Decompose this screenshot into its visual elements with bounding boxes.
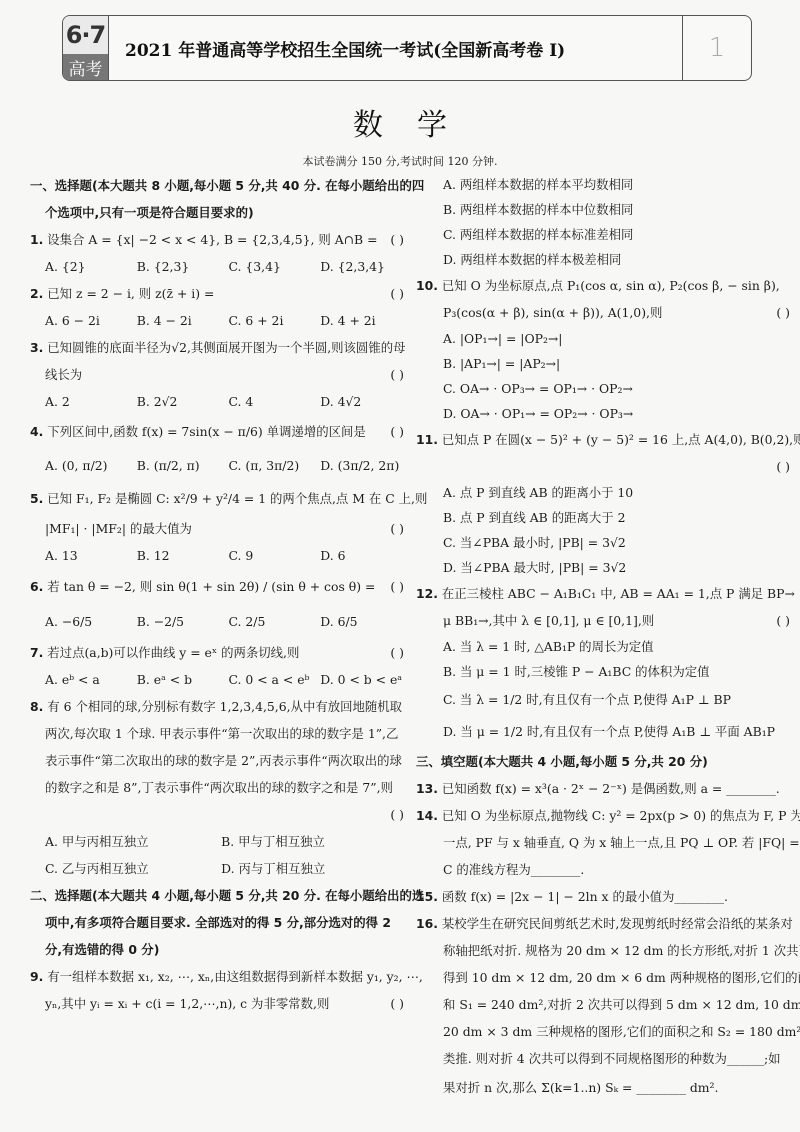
options: A. {2} B. {2,3} C. {3,4} D. {2,3,4} (30, 253, 412, 280)
question-text: yₙ,其中 yᵢ = xᵢ + c(i = 1,2,⋯,n), c 为非零常数,… (45, 996, 329, 1011)
answer-paren: ( ) (390, 226, 404, 253)
option-c: C. 当∠PBA 最小时, |PB| = 3√2 (428, 530, 798, 555)
options: A. 13 B. 12 C. 9 D. 6 (30, 542, 412, 569)
option-d: D. 6/5 (320, 605, 412, 639)
options: A. 2 B. 2√2 C. 4 D. 4√2 (30, 388, 412, 415)
option-d: D. 0 < b < eᵃ (320, 666, 412, 693)
question-text: 设集合 A = {x| −2 < x < 4}, B = {2,3,4,5}, … (47, 232, 377, 247)
option-d: D. {2,3,4} (320, 253, 412, 280)
exam-title: 2021 年普通高等学校招生全国统一考试(全国新高考卷 I) (109, 16, 683, 80)
question-6: 6. 若 tan θ = −2, 则 sin θ(1 + sin 2θ) / (… (30, 569, 412, 639)
option-a: A. 点 P 到直线 AB 的距离小于 10 (428, 480, 798, 505)
question-text: μ BB₁→,其中 λ ∈ [0,1], μ ∈ [0,1],则 (443, 613, 654, 628)
option-c: C. 2/5 (229, 605, 321, 639)
option-c: C. {3,4} (229, 253, 321, 280)
question-text: 已知 O 为坐标原点,抛物线 C: y² = 2px(p > 0) 的焦点为 F… (442, 808, 800, 823)
option-b: B. |AP₁→| = |AP₂→| (428, 351, 798, 376)
question-1: 1. 设集合 A = {x| −2 < x < 4}, B = {2,3,4,5… (30, 226, 412, 280)
option-c: C. 6 + 2i (229, 307, 321, 334)
option-a: A. 6 − 2i (45, 307, 137, 334)
option-b: B. −2/5 (137, 605, 229, 639)
question-5: 5. 已知 F₁, F₂ 是椭圆 C: x²/9 + y²/4 = 1 的两个焦… (30, 483, 412, 569)
question-9-options: A. 两组样本数据的样本平均数相同 B. 两组样本数据的样本中位数相同 C. 两… (428, 172, 798, 272)
option-d: D. 两组样本数据的样本极差相同 (428, 247, 798, 272)
page-number: 1 (683, 16, 751, 80)
options: A. eᵇ < a B. eᵃ < b C. 0 < a < eᵇ D. 0 <… (30, 666, 412, 693)
option-a: A. 当 λ = 1 时, △AB₁P 的周长为定值 (428, 634, 798, 659)
option-a: A. |OP₁→| = |OP₂→| (428, 326, 798, 351)
option-d: D. 4 + 2i (320, 307, 412, 334)
question-text: 一点, PF 与 x 轴垂直, Q 为 x 轴上一点,且 PQ ⊥ OP. 若 … (443, 835, 800, 850)
question-text: 某校学生在研究民间剪纸艺术时,发现剪纸时经常会沿纸的某条对 (442, 916, 793, 931)
answer-paren: ( ) (390, 990, 404, 1017)
option-a: A. 13 (45, 542, 137, 569)
option-c: C. 9 (229, 542, 321, 569)
option-c: C. 当 λ = 1/2 时,有且仅有一个点 P,使得 A₁P ⊥ BP (428, 684, 798, 716)
option-c: C. OA→ · OP₃→ = OP₁→ · OP₂→ (428, 376, 798, 401)
question-11: 11. 已知点 P 在圆(x − 5)² + (y − 5)² = 16 上,点… (428, 426, 798, 580)
question-text: 已知圆锥的底面半径为√2,其侧面展开图为一个半圆,则该圆锥的母 (47, 340, 405, 355)
option-d: D. (3π/2, 2π) (320, 449, 412, 483)
question-text: 两次,每次取 1 个球. 甲表示事件“第一次取出的球的数字是 1”,乙 (45, 726, 398, 741)
option-d: D. 当 μ = 1/2 时,有且仅有一个点 P,使得 A₁B ⊥ 平面 AB₁… (428, 716, 798, 748)
options: C. 乙与丙相互独立 D. 丙与丁相互独立 (30, 855, 412, 882)
question-13: 13. 已知函数 f(x) = x³(a · 2ˣ − 2⁻ˣ) 是偶函数,则 … (428, 775, 798, 802)
question-text: 的数字之和是 8”,丁表示事件“两次取出的球的数字之和是 7”,则 (45, 780, 393, 795)
answer-paren: ( ) (390, 515, 404, 542)
option-b: B. eᵃ < b (137, 666, 229, 693)
question-4: 4. 下列区间中,函数 f(x) = 7sin(x − π/6) 单调递增的区间… (30, 415, 412, 483)
option-d: D. OA→ · OP₁→ = OP₂→ · OP₃→ (428, 401, 798, 426)
left-column: 一、选择题(本大题共 8 小题,每小题 5 分,共 40 分. 在每小题给出的四… (30, 172, 412, 1017)
answer-paren: ( ) (390, 639, 404, 666)
question-text: 已知点 P 在圆(x − 5)² + (y − 5)² = 16 上,点 A(4… (442, 432, 800, 447)
option-b: B. 点 P 到直线 AB 的距离大于 2 (428, 505, 798, 530)
answer-paren: ( ) (776, 607, 790, 634)
question-14: 14. 已知 O 为坐标原点,抛物线 C: y² = 2px(p > 0) 的焦… (428, 802, 798, 883)
question-7: 7. 若过点(a,b)可以作曲线 y = eˣ 的两条切线,则( ) A. eᵇ… (30, 639, 412, 693)
option-c: C. 0 < a < eᵇ (229, 666, 321, 693)
option-d: D. 当∠PBA 最大时, |PB| = 3√2 (428, 555, 798, 580)
option-d: D. 丙与丁相互独立 (221, 855, 397, 882)
options: A. −6/5 B. −2/5 C. 2/5 D. 6/5 (30, 605, 412, 639)
question-text: 20 dm × 3 dm 三种规格的图形,它们的面积之和 S₂ = 180 dm… (443, 1024, 800, 1039)
question-15: 15. 函数 f(x) = |2x − 1| − 2ln x 的最小值为____… (428, 883, 798, 910)
question-10: 10. 已知 O 为坐标原点,点 P₁(cos α, sin α), P₂(co… (428, 272, 798, 426)
logo-label: 高考 (63, 54, 108, 80)
question-text: 有一组样本数据 x₁, x₂, ⋯, xₙ,由这组数据得到新样本数据 y₁, y… (47, 969, 423, 984)
option-c: C. 乙与丙相互独立 (45, 855, 221, 882)
answer-paren: ( ) (390, 569, 404, 605)
option-a: A. {2} (45, 253, 137, 280)
question-text: 已知 z = 2 − i, 则 z(z̄ + i) = (47, 286, 214, 301)
option-a: A. 2 (45, 388, 137, 415)
answer-paren: ( ) (390, 280, 404, 307)
option-c: C. 两组样本数据的样本标准差相同 (428, 222, 798, 247)
option-b: B. 2√2 (137, 388, 229, 415)
section-2-header: 二、选择题(本大题共 4 小题,每小题 5 分,共 20 分. 在每小题给出的选… (30, 882, 412, 963)
option-a: A. 甲与丙相互独立 (45, 828, 221, 855)
section-3-header: 三、填空题(本大题共 4 小题,每小题 5 分,共 20 分) (416, 748, 798, 775)
options: A. (0, π/2) B. (π/2, π) C. (π, 3π/2) D. … (30, 449, 412, 483)
answer-paren: ( ) (390, 361, 404, 388)
question-3: 3. 已知圆锥的底面半径为√2,其侧面展开图为一个半圆,则该圆锥的母 线长为( … (30, 334, 412, 415)
question-text: 下列区间中,函数 f(x) = 7sin(x − π/6) 单调递增的区间是 (47, 424, 365, 439)
option-d: D. 6 (320, 542, 412, 569)
question-9: 9. 有一组样本数据 x₁, x₂, ⋯, xₙ,由这组数据得到新样本数据 y₁… (30, 963, 412, 1017)
question-text: P₃(cos(α + β), sin(α + β)), A(1,0),则 (443, 305, 662, 320)
question-2: 2. 已知 z = 2 − i, 则 z(z̄ + i) =( ) A. 6 −… (30, 280, 412, 334)
question-16: 16. 某校学生在研究民间剪纸艺术时,发现剪纸时经常会沿纸的某条对 称轴把纸对折… (428, 910, 798, 1104)
question-text: 若过点(a,b)可以作曲线 y = eˣ 的两条切线,则 (47, 645, 299, 660)
question-text: 称轴把纸对折. 规格为 20 dm × 12 dm 的长方形纸,对折 1 次共可… (443, 943, 800, 958)
answer-paren: ( ) (776, 453, 790, 480)
option-a: A. −6/5 (45, 605, 137, 639)
question-text: 果对折 n 次,那么 Σ(k=1..n) Sₖ = ________ dm². (443, 1080, 718, 1095)
question-text: 已知 O 为坐标原点,点 P₁(cos α, sin α), P₂(cos β,… (442, 278, 780, 293)
section-1-header: 一、选择题(本大题共 8 小题,每小题 5 分,共 40 分. 在每小题给出的四… (30, 172, 412, 226)
question-text: 表示事件“第二次取出的球的数字是 2”,丙表示事件“两次取出的球 (45, 753, 402, 768)
options: A. 6 − 2i B. 4 − 2i C. 6 + 2i D. 4 + 2i (30, 307, 412, 334)
exam-header: 6·7 高考 2021 年普通高等学校招生全国统一考试(全国新高考卷 I) 1 (62, 15, 752, 81)
option-a: A. (0, π/2) (45, 449, 137, 483)
question-text: 在正三棱柱 ABC − A₁B₁C₁ 中, AB = AA₁ = 1,点 P 满… (442, 586, 800, 601)
question-text: C 的准线方程为________. (443, 862, 584, 877)
options: A. 甲与丙相互独立 B. 甲与丁相互独立 (30, 828, 412, 855)
subject-title: 数学 (0, 100, 800, 144)
question-text: 若 tan θ = −2, 则 sin θ(1 + sin 2θ) / (sin… (47, 579, 375, 594)
option-b: B. (π/2, π) (137, 449, 229, 483)
option-a: A. 两组样本数据的样本平均数相同 (428, 172, 798, 197)
question-text: 已知 F₁, F₂ 是椭圆 C: x²/9 + y²/4 = 1 的两个焦点,点… (47, 491, 427, 506)
option-b: B. 4 − 2i (137, 307, 229, 334)
question-text: 线长为 (45, 367, 82, 382)
question-text: 得到 10 dm × 12 dm, 20 dm × 6 dm 两种规格的图形,它… (443, 970, 800, 985)
option-c: C. 4 (229, 388, 321, 415)
question-text: |MF₁| · |MF₂| 的最大值为 (45, 521, 192, 536)
option-b: B. 甲与丁相互独立 (221, 828, 397, 855)
option-c: C. (π, 3π/2) (229, 449, 321, 483)
question-text: 和 S₁ = 240 dm²,对折 2 次共可以得到 5 dm × 12 dm,… (443, 997, 800, 1012)
option-b: B. {2,3} (137, 253, 229, 280)
question-text: 有 6 个相同的球,分别标有数字 1,2,3,4,5,6,从中有放回地随机取 (47, 699, 402, 714)
question-8: 8. 有 6 个相同的球,分别标有数字 1,2,3,4,5,6,从中有放回地随机… (30, 693, 412, 882)
answer-paren: ( ) (776, 299, 790, 326)
option-d: D. 4√2 (320, 388, 412, 415)
logo-number: 6·7 (63, 16, 108, 54)
exam-info: 本试卷满分 150 分,考试时间 120 分钟. (0, 153, 800, 169)
option-b: B. 当 μ = 1 时,三棱锥 P − A₁BC 的体积为定值 (428, 659, 798, 684)
question-12: 12. 在正三棱柱 ABC − A₁B₁C₁ 中, AB = AA₁ = 1,点… (428, 580, 798, 748)
option-b: B. 12 (137, 542, 229, 569)
logo: 6·7 高考 (63, 16, 109, 80)
answer-paren: ( ) (390, 415, 404, 449)
question-text: 函数 f(x) = |2x − 1| − 2ln x 的最小值为________… (442, 889, 728, 904)
question-text: 类推. 则对折 4 次共可以得到不同规格图形的种数为______;如 (443, 1051, 781, 1066)
right-column: A. 两组样本数据的样本平均数相同 B. 两组样本数据的样本中位数相同 C. 两… (428, 172, 798, 1104)
option-b: B. 两组样本数据的样本中位数相同 (428, 197, 798, 222)
answer-paren: ( ) (390, 801, 404, 828)
option-a: A. eᵇ < a (45, 666, 137, 693)
question-text: 已知函数 f(x) = x³(a · 2ˣ − 2⁻ˣ) 是偶函数,则 a = … (442, 781, 780, 796)
